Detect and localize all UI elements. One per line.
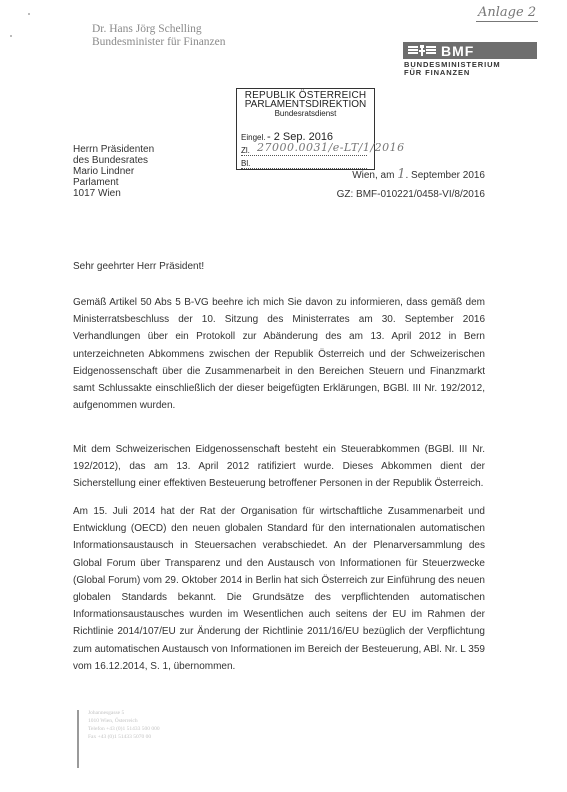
parliament-receipt-stamp: REPUBLIK ÖSTERREICH PARLAMENTSDIREKTION … (236, 88, 375, 170)
footer-line: Fax +43 (0)1 51433 5070 00 (88, 733, 160, 741)
stamp-zl-row: Zl. 27000.0031/e-LT/1/2016 (241, 146, 367, 156)
salutation: Sehr geehrter Herr Präsident! (73, 261, 204, 272)
footer-line: 1010 Wien, Österreich (88, 717, 160, 725)
footer-line: Johannesgasse 5 (88, 709, 160, 717)
footer-contact: Johannesgasse 5 1010 Wien, Österreich Te… (88, 709, 160, 741)
stamp-zl-label: Zl. (241, 146, 250, 155)
body-paragraph-1: Gemäß Artikel 50 Abs 5 B-VG beehre ich m… (73, 294, 485, 414)
date-day-handwritten: 1 (397, 167, 405, 182)
address-line: 1017 Wien (73, 188, 154, 199)
scan-speck (28, 13, 30, 15)
sender-title: Bundesminister für Finanzen (92, 36, 226, 49)
austrian-eagle-icon (407, 44, 437, 57)
body-paragraph-3: Am 15. Juli 2014 hat der Rat der Organis… (73, 503, 485, 675)
bmf-ministry-name: BUNDESMINISTERIUM FÜR FINANZEN (404, 61, 501, 77)
date-prefix: Wien, am (352, 170, 394, 181)
bmf-line-2: FÜR FINANZEN (404, 69, 501, 77)
footer-divider (77, 710, 79, 768)
address-line: Mario Lindner (73, 166, 154, 177)
reference-number: GZ: BMF-010221/0458-VI/8/2016 (337, 189, 485, 200)
bmf-logo: BMF (403, 42, 537, 59)
address-line: Parlament (73, 177, 154, 188)
stamp-bl-row: Bl. (241, 159, 367, 169)
scan-speck (10, 35, 12, 37)
stamp-line-3: Bundesratsdienst (237, 109, 374, 118)
footer-line: Telefon +43 (0)1 51433 500 000 (88, 725, 160, 733)
stamp-line-2: PARLAMENTSDIREKTION (237, 100, 374, 109)
sender-name: Dr. Hans Jörg Schelling (92, 23, 226, 36)
handwritten-annotation: Anlage 2 (476, 5, 538, 22)
letter-date: Wien, am 1. September 2016 (352, 167, 485, 182)
stamp-zl-handwritten: 27000.0031/e-LT/1/2016 (257, 141, 405, 154)
address-line: Herrn Präsidenten (73, 144, 154, 155)
body-paragraph-2: Mit dem Schweizerischen Eidgenossenschaf… (73, 441, 485, 493)
date-suffix: . September 2016 (406, 170, 486, 181)
address-line: des Bundesrates (73, 155, 154, 166)
sender-block: Dr. Hans Jörg Schelling Bundesminister f… (92, 23, 226, 49)
bmf-acronym: BMF (441, 43, 474, 59)
stamp-bl-label: Bl. (241, 159, 250, 168)
recipient-address: Herrn Präsidenten des Bundesrates Mario … (73, 144, 154, 199)
